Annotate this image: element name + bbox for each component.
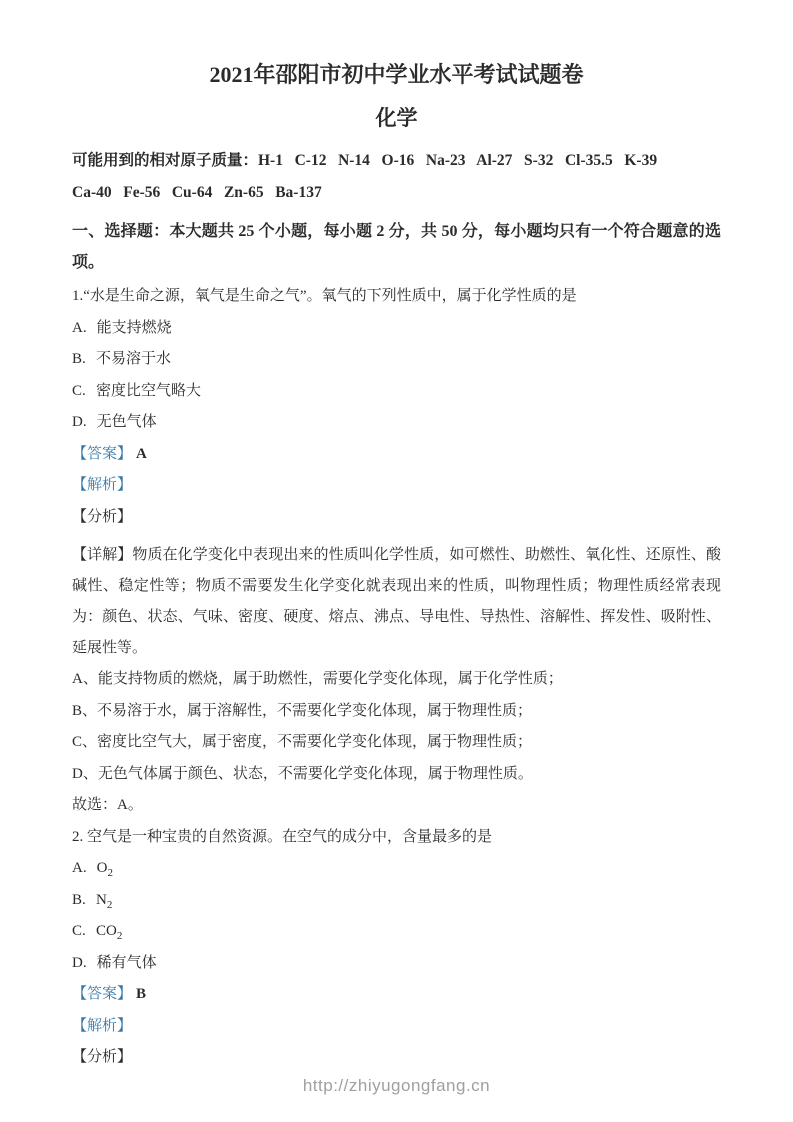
question-1-explanation-d: D、无色气体属于颜色、状态，不需要化学变化体现，属于物理性质。 [72, 766, 721, 783]
question-2-option-a: A.O2 [72, 860, 721, 877]
option-label: C. [72, 923, 86, 940]
atomic-masses-line-2: Ca-40 Fe-56 Cu-64 Zn-65 Ba-137 [72, 184, 721, 202]
question-1-answer-line: 【答案】A [72, 446, 721, 463]
formula-subscript: 2 [107, 899, 113, 911]
section-header: 一、选择题：本大题共 25 个小题，每小题 2 分，共 50 分，每小题均只有一… [72, 216, 721, 278]
question-2-option-c: C.CO2 [72, 923, 721, 940]
option-label: A. [72, 320, 87, 337]
option-formula: O [97, 860, 108, 876]
option-text: 无色气体 [97, 414, 157, 430]
question-2-option-d: D.稀有气体 [72, 955, 721, 972]
option-label: C. [72, 383, 86, 400]
exam-document-page: 2021年邵阳市初中学业水平考试试题卷 化学 可能用到的相对原子质量：H-1 C… [0, 0, 793, 1122]
question-1-conclusion: 故选：A。 [72, 797, 721, 814]
watermark-url: http://zhiyugongfang.cn [0, 1076, 793, 1096]
option-label: D. [72, 414, 87, 431]
subject-title: 化学 [72, 106, 721, 130]
question-1-option-b: B.不易溶于水 [72, 351, 721, 368]
option-formula: CO [96, 923, 117, 939]
answer-value: A [136, 446, 147, 462]
question-2-stem: 2. 空气是一种宝贵的自然资源。在空气的成分中，含量最多的是 [72, 829, 721, 846]
question-1-explanation-c: C、密度比空气大，属于密度，不需要化学变化体现，属于物理性质； [72, 734, 721, 751]
option-label: B. [72, 351, 86, 368]
question-1-option-c: C.密度比空气略大 [72, 383, 721, 400]
answer-label: 【答案】 [72, 986, 132, 1002]
answer-label: 【答案】 [72, 446, 132, 462]
question-1-explanation-a: A、能支持物质的燃烧，属于助燃性，需要化学变化体现，属于化学性质； [72, 671, 721, 688]
question-1-fenxi-label: 【分析】 [72, 509, 721, 526]
page-title: 2021年邵阳市初中学业水平考试试题卷 [72, 62, 721, 88]
question-1-detail-paragraph: 【详解】物质在化学变化中表现出来的性质叫化学性质，如可燃性、助燃性、氧化性、还原… [72, 540, 721, 664]
option-label: A. [72, 860, 87, 877]
question-1-jiexi-label: 【解析】 [72, 477, 721, 494]
question-2-answer-line: 【答案】B [72, 986, 721, 1003]
answer-value: B [136, 986, 146, 1002]
formula-subscript: 2 [107, 867, 113, 879]
option-text: 密度比空气略大 [96, 383, 201, 399]
question-1-option-a: A.能支持燃烧 [72, 320, 721, 337]
question-2-jiexi-label: 【解析】 [72, 1018, 721, 1035]
question-2-fenxi-label: 【分析】 [72, 1049, 721, 1066]
atomic-masses-line-1: 可能用到的相对原子质量：H-1 C-12 N-14 O-16 Na-23 Al-… [72, 152, 721, 170]
option-formula: N [96, 892, 107, 908]
question-1-option-d: D.无色气体 [72, 414, 721, 431]
question-2-option-b: B.N2 [72, 892, 721, 909]
option-text: 不易溶于水 [96, 351, 171, 367]
question-1-stem: 1.“水是生命之源，氧气是生命之气”。氧气的下列性质中，属于化学性质的是 [72, 288, 721, 305]
option-label: D. [72, 955, 87, 972]
formula-subscript: 2 [117, 930, 123, 942]
option-text: 能支持燃烧 [97, 320, 172, 336]
question-1-explanation-b: B、不易溶于水，属于溶解性，不需要化学变化体现，属于物理性质； [72, 703, 721, 720]
option-text: 稀有气体 [97, 955, 157, 971]
option-label: B. [72, 892, 86, 909]
